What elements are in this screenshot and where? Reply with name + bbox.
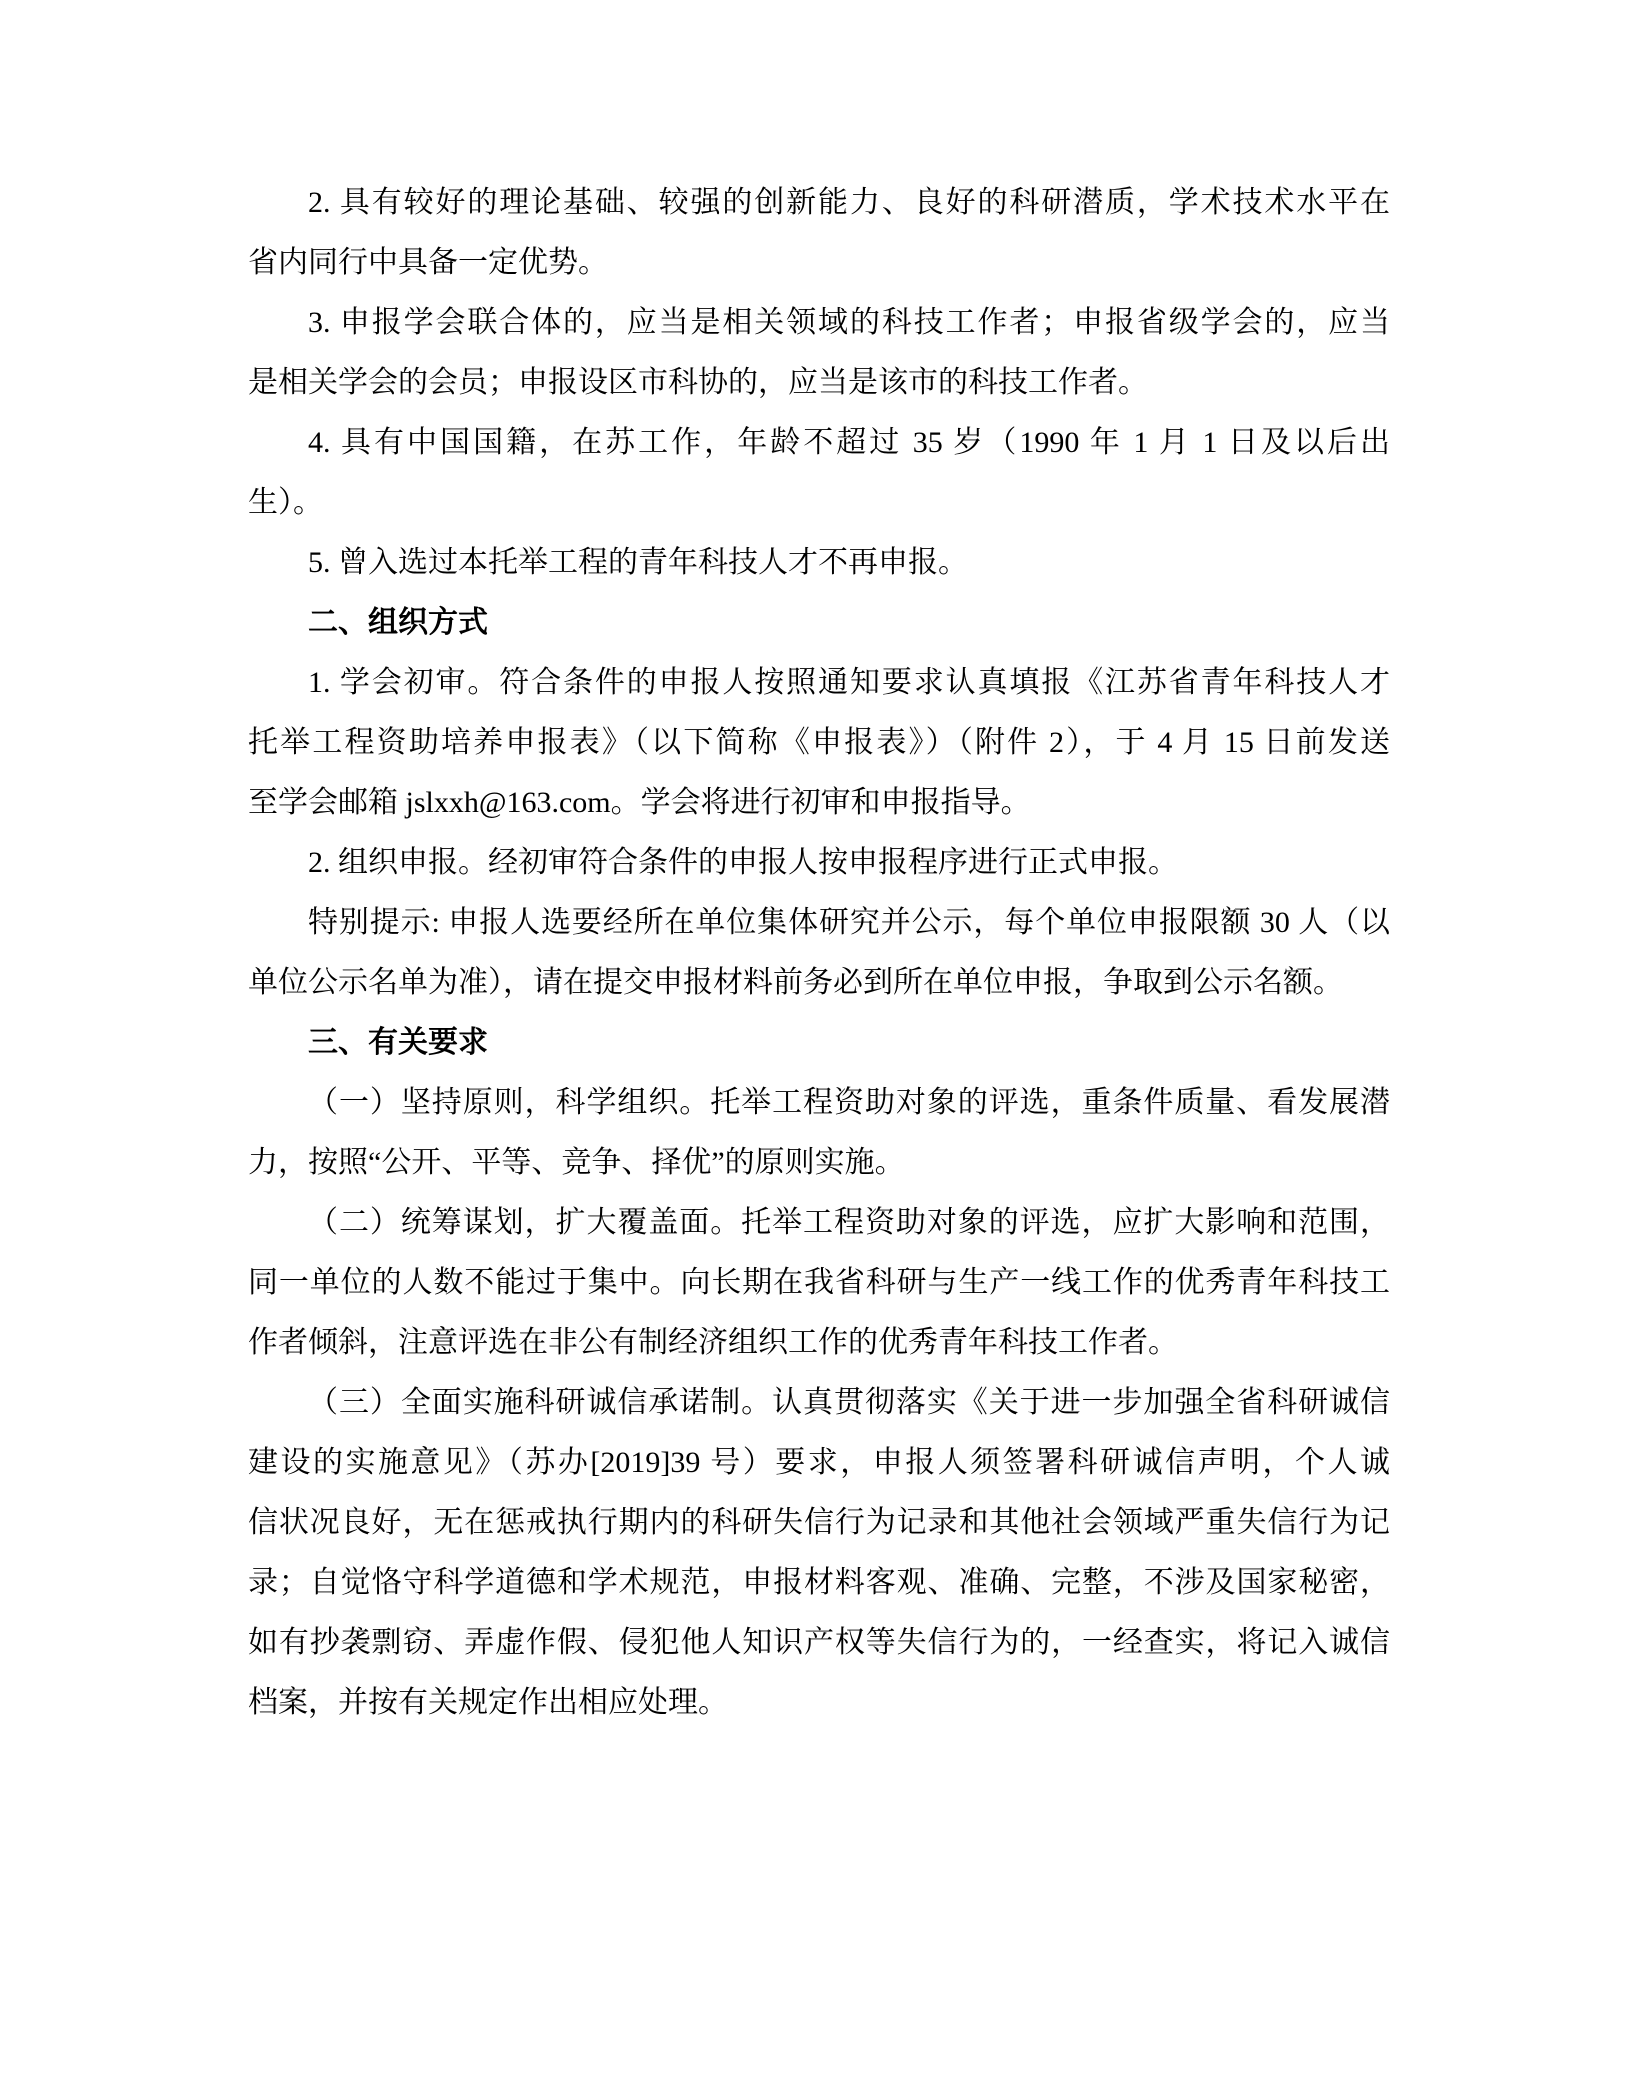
doc-line-req2-cont1: 同一单位的人数不能过于集中。向长期在我省科研与生产一线工作的优秀青年科技工 — [248, 1253, 1390, 1313]
doc-line-req3-cont3: 录；自觉恪守科学道德和学术规范，申报材料客观、准确、完整，不涉及国家秘密， — [248, 1553, 1390, 1613]
doc-line-req3-cont1: 建设的实施意见》（苏办[2019]39 号）要求，申报人须签署科研诚信声明，个人… — [248, 1433, 1390, 1493]
doc-line-req3-cont4: 如有抄袭剽窃、弄虚作假、侵犯他人知识产权等失信行为的，一经查实，将记入诚信 — [248, 1613, 1390, 1673]
doc-line-req3-first: （三）全面实施科研诚信承诺制。认真贯彻落实《关于进一步加强全省科研诚信 — [248, 1373, 1390, 1433]
doc-line-special-note-cont: 单位公示名单为准），请在提交申报材料前务必到所在单位申报，争取到公示名额。 — [248, 953, 1390, 1013]
document-page: 2. 具有较好的理论基础、较强的创新能力、良好的科研潜质，学术技术水平在 省内同… — [0, 0, 1625, 2079]
document-body: 2. 具有较好的理论基础、较强的创新能力、良好的科研潜质，学术技术水平在 省内同… — [248, 173, 1390, 1733]
section-heading-requirements: 三、有关要求 — [248, 1013, 1390, 1073]
doc-line-item3-first: 3. 申报学会联合体的，应当是相关领域的科技工作者；申报省级学会的，应当 — [248, 293, 1390, 353]
doc-line-req3-last: 档案，并按有关规定作出相应处理。 — [248, 1673, 1390, 1733]
doc-line-req2-cont2: 作者倾斜，注意评选在非公有制经济组织工作的优秀青年科技工作者。 — [248, 1313, 1390, 1373]
doc-line-req3-cont2: 信状况良好，无在惩戒执行期内的科研失信行为记录和其他社会领域严重失信行为记 — [248, 1493, 1390, 1553]
doc-line-org1-cont2-email: 至学会邮箱 jslxxh@163.com。学会将进行初审和申报指导。 — [248, 773, 1390, 833]
doc-line-req1-cont: 力，按照“公开、平等、竞争、择优”的原则实施。 — [248, 1133, 1390, 1193]
doc-line-org2: 2. 组织申报。经初审符合条件的申报人按申报程序进行正式申报。 — [248, 833, 1390, 893]
section-heading-organization: 二、组织方式 — [248, 593, 1390, 653]
doc-line-item3-cont: 是相关学会的会员；申报设区市科协的，应当是该市的科技工作者。 — [248, 353, 1390, 413]
doc-line-item5: 5. 曾入选过本托举工程的青年科技人才不再申报。 — [248, 533, 1390, 593]
doc-line-special-note-first: 特别提示: 申报人选要经所在单位集体研究并公示，每个单位申报限额 30 人（以 — [248, 893, 1390, 953]
doc-line-req2-first: （二）统筹谋划，扩大覆盖面。托举工程资助对象的评选，应扩大影响和范围， — [248, 1193, 1390, 1253]
doc-line-org1-cont1: 托举工程资助培养申报表》（以下简称《申报表》）（附件 2），于 4 月 15 日… — [248, 713, 1390, 773]
doc-line-req1-first: （一）坚持原则，科学组织。托举工程资助对象的评选，重条件质量、看发展潜 — [248, 1073, 1390, 1133]
doc-line-item4-cont: 生）。 — [248, 473, 1390, 533]
doc-line-org1-first: 1. 学会初审。符合条件的申报人按照通知要求认真填报《江苏省青年科技人才 — [248, 653, 1390, 713]
doc-line-item4-first: 4. 具有中国国籍，在苏工作，年龄不超过 35 岁（1990 年 1 月 1 日… — [248, 413, 1390, 473]
doc-line-item2-cont: 省内同行中具备一定优势。 — [248, 233, 1390, 293]
doc-line-item2-first: 2. 具有较好的理论基础、较强的创新能力、良好的科研潜质，学术技术水平在 — [248, 173, 1390, 233]
